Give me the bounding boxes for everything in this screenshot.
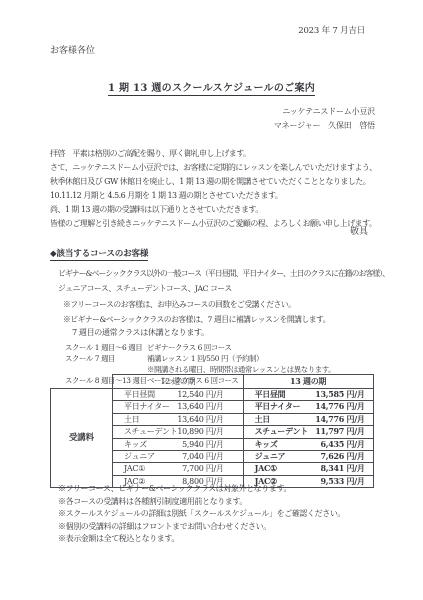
course-section-heading: ◆該当するコースのお客様 xyxy=(50,247,148,261)
fee-column-12w: 12 週の期 xyxy=(113,375,244,389)
recipient: お客様各位 xyxy=(50,43,95,56)
course-label: スチューデント xyxy=(124,426,177,437)
sender-organization: ニッケテニスドーム小豆沢 xyxy=(274,105,375,119)
course-description-line: ジュニアコース、スチューデントコース、JAC コース xyxy=(58,282,390,297)
fee-table-corner xyxy=(51,375,113,389)
body-line: 秋季休館日及び GW 休館日を廃止し、1 期 13 週の期を開講させていただくこ… xyxy=(50,175,378,189)
footer-note: ※個別の受講料の詳細はフロントまでお問い合わせください。 xyxy=(58,521,345,534)
course-subnote: 7 週目の通常クラスは休講となります。 xyxy=(72,326,390,339)
price-13w: 6,435 円/月 xyxy=(321,439,365,450)
price-12w: 7,700 円/月 xyxy=(182,463,223,474)
fee-row: 受講料 平日昼間12,540 円/月 平日昼間13,585 円/月 xyxy=(51,389,374,401)
price-13w: 11,797 円/月 xyxy=(315,426,364,437)
course-label: スチューデント xyxy=(255,426,308,437)
body-line: 10.11.12 月期と 4.5.6 月期を 1 期 13 週の期とさせていただ… xyxy=(50,189,378,203)
course-label: 平日昼間 xyxy=(124,389,155,400)
course-label: 土日 xyxy=(255,414,270,425)
price-13w: 13,585 円/月 xyxy=(315,389,364,400)
price-12w: 7,040 円/月 xyxy=(182,451,223,462)
course-section: ◆該当するコースのお客様 ビギナー&ベーシッククラス以外の一般コース（平日昼間、… xyxy=(50,247,390,387)
course-label: 土日 xyxy=(124,414,139,425)
course-note: ※フリーコースのお客様は、お申込みコースの回数をご受講ください。 xyxy=(63,298,390,311)
price-13w: 8,341 円/月 xyxy=(321,463,365,474)
course-label: 平日ナイター xyxy=(124,401,170,412)
course-label: 平日ナイター xyxy=(255,401,301,412)
footer-note: ※表示金額は全て税込となります。 xyxy=(58,533,345,546)
price-13w: 14,776 円/月 xyxy=(315,401,364,412)
course-label: 平日昼間 xyxy=(255,389,286,400)
sender-manager: マネージャー 久保田 啓悟 xyxy=(274,119,375,133)
fee-column-13w: 13 週の期 xyxy=(243,375,373,389)
footer-note: ※各コースの受講料は各種割引制度適用前となります。 xyxy=(58,496,345,509)
price-12w: 13,640 円/月 xyxy=(177,414,223,425)
price-12w: 5,940 円/月 xyxy=(182,439,223,450)
schedule-period: スクール 1 週目～6 週目 xyxy=(65,342,147,353)
fee-table-header-row: 12 週の期 13 週の期 xyxy=(51,375,374,389)
sender-block: ニッケテニスドーム小豆沢 マネージャー 久保田 啓悟 xyxy=(274,105,375,133)
letter-body: 拝啓 平素は格別のご高配を賜り、厚く御礼申し上げます。 さて、ニッケテニスドーム… xyxy=(50,147,378,231)
course-description-line: ビギナー&ベーシッククラス以外の一般コース（平日昼間、平日ナイター、土日のクラス… xyxy=(58,267,390,282)
price-12w: 12,540 円/月 xyxy=(177,389,223,400)
body-line: 皆様のご理解と引き続きニッケテニスドーム小豆沢のご愛顧の程、よろしくお願い申し上… xyxy=(50,217,378,231)
course-label: JAC① xyxy=(124,463,145,474)
closing-word: 敬具 xyxy=(350,224,368,237)
course-label: キッズ xyxy=(255,439,278,450)
course-note: ※ビギナー&ベーシッククラスのお客様は、7 週目に補講レッスンを開講します。 xyxy=(63,313,390,326)
body-line: 拝啓 平素は格別のご高配を賜り、厚く御礼申し上げます。 xyxy=(50,147,378,161)
fee-table: 12 週の期 13 週の期 受講料 平日昼間12,540 円/月 平日昼間13,… xyxy=(50,374,374,488)
body-line: 尚、1 期 13 週の期の受講料は以下通りとさせていただきます。 xyxy=(50,203,378,217)
schedule-row: スクール 7 週目 補講レッスン 1 回/550 円（予約制） xyxy=(50,353,390,364)
price-13w: 7,626 円/月 xyxy=(321,451,365,462)
schedule-period: スクール 7 週目 xyxy=(65,353,147,364)
schedule-detail: ビギナークラス 6 回コース xyxy=(147,342,390,353)
course-label: ジュニア xyxy=(255,451,286,462)
footer-note: ※スクールスケジュールの詳細は別紙「スクールスケジュール」をご確認ください。 xyxy=(58,508,345,521)
letter-page: 2023 年 7 月吉日 お客様各位 1 期 13 週のスクールスケジュールのご… xyxy=(0,0,423,600)
fee-row-header: 受講料 xyxy=(51,389,113,488)
price-12w: 13,640 円/月 xyxy=(177,401,223,412)
price-13w: 14,776 円/月 xyxy=(315,414,364,425)
footer-notes: ※フリーコース、ビギナー&ベーシッククラスは対象外となります。 ※各コースの受講… xyxy=(58,483,345,546)
course-label: ジュニア xyxy=(124,451,155,462)
title-row: 1 期 13 週のスクールスケジュールのご案内 xyxy=(0,76,423,96)
body-line: さて、ニッケテニスドーム小豆沢では、お客様に定期的にレッスンを楽しんでいただけま… xyxy=(50,161,378,175)
page-title: 1 期 13 週のスクールスケジュールのご案内 xyxy=(108,79,315,96)
price-12w: 10,890 円/月 xyxy=(177,426,223,437)
footer-note: ※フリーコース、ビギナー&ベーシッククラスは対象外となります。 xyxy=(58,483,345,496)
schedule-row: スクール 1 週目～6 週目 ビギナークラス 6 回コース xyxy=(50,342,390,353)
course-label: キッズ xyxy=(124,439,147,450)
course-label: JAC① xyxy=(255,463,277,474)
letter-date: 2023 年 7 月吉日 xyxy=(298,24,365,36)
schedule-detail: 補講レッスン 1 回/550 円（予約制） xyxy=(147,353,390,364)
